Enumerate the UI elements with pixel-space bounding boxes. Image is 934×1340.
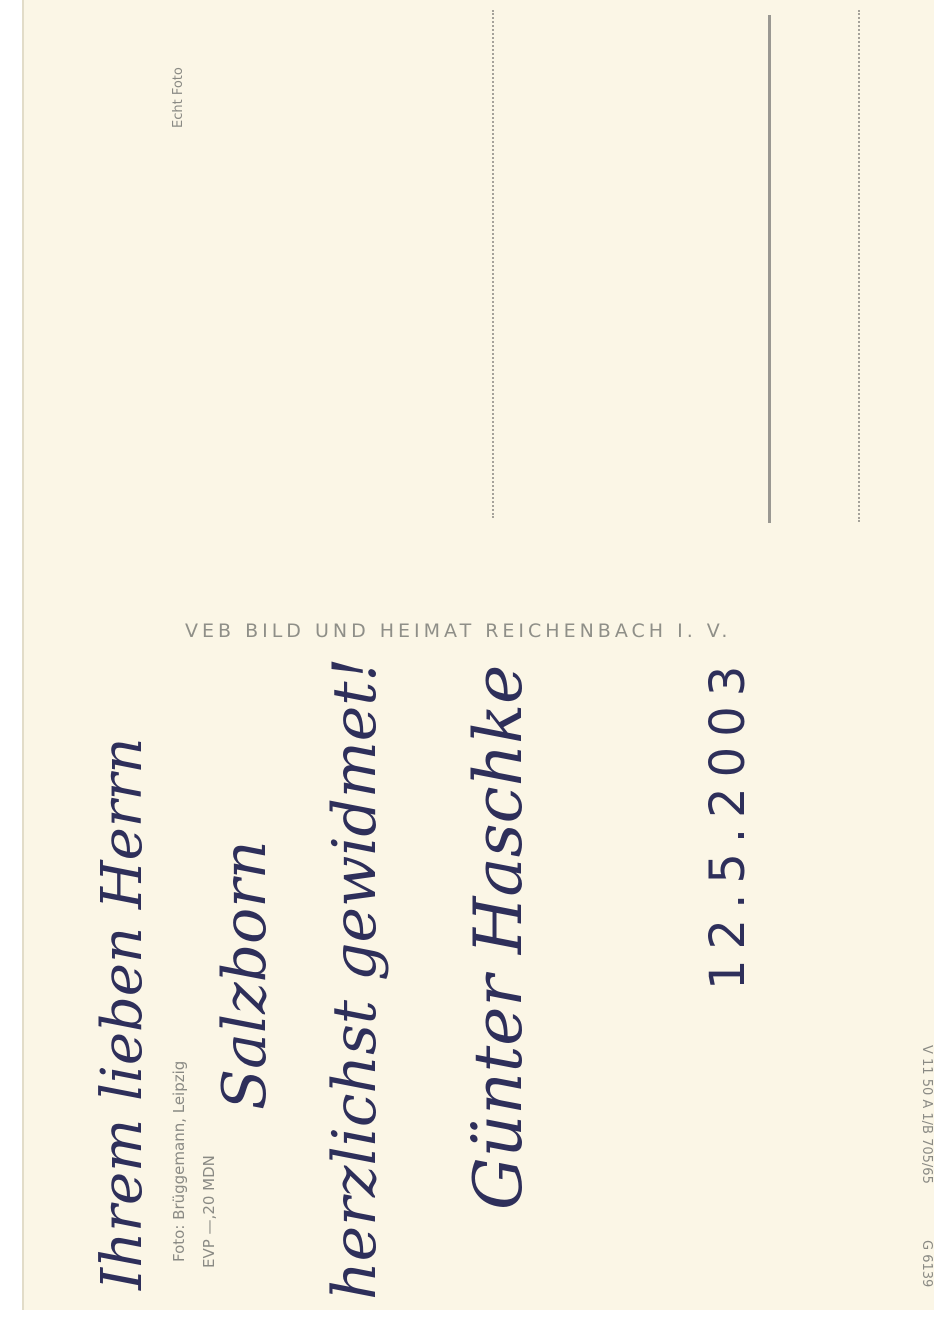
date: 12.5.2003	[700, 656, 756, 990]
price-label: EVP —,20 MDN	[200, 1155, 218, 1268]
handwriting-line-3: herzlichst gewidmet!	[320, 657, 390, 1300]
address-line-2	[858, 10, 860, 522]
publisher-imprint: VEB BILD UND HEIMAT REICHENBACH I. V.	[185, 620, 731, 642]
address-line-1	[492, 10, 494, 518]
handwriting-line-1: Ihrem lieben Herrn	[90, 738, 155, 1290]
handwriting-line-2: Salzborn	[210, 840, 280, 1110]
echt-foto-label: Echt Foto	[171, 67, 186, 128]
photo-credit: Foto: Brüggemann, Leipzig	[170, 1061, 188, 1262]
print-code: V 11 50 A 1/B 705/65	[919, 1045, 934, 1184]
scan-border	[0, 1310, 934, 1340]
series-code: G 6139	[919, 1240, 934, 1287]
divider-line	[768, 15, 771, 523]
signature: Günter Haschke	[460, 665, 537, 1210]
